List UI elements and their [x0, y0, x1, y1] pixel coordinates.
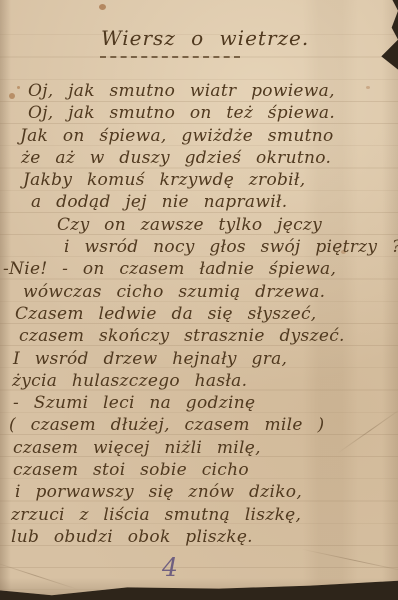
poem-line: czasem stoi sobie cicho: [13, 459, 394, 481]
poem-line: lub obudzi obok pliszkę.: [11, 526, 394, 548]
foxing-spot: [99, 4, 106, 10]
poem-line: a dodąd jej nie naprawił.: [31, 191, 394, 213]
poem-line: I wsród drzew hejnały gra,: [13, 348, 394, 370]
poem-line: Czy on zawsze tylko jęczy: [57, 214, 394, 236]
photographed-page: Wiersz o wietrze. Oj, jak smutno wiatr p…: [0, 0, 398, 600]
title-underline: [100, 56, 240, 58]
poem-line: życia hulaszczego hasła.: [12, 370, 394, 392]
poem-line: Oj, jak smutno wiatr powiewa,: [28, 80, 394, 102]
poem-line: Jakby komuś krzywdę zrobił,: [23, 169, 394, 191]
page-number: 4: [162, 553, 178, 582]
poem-line: Oj, jak smutno on też śpiewa.: [28, 102, 394, 124]
poem-title: Wiersz o wietrze.: [101, 26, 309, 50]
poem-line: czasem skończy strasznie dyszeć.: [19, 325, 394, 347]
poem-line: i wsród nocy głos swój piętrzy ?: [64, 236, 394, 258]
poem-line: wówczas cicho szumią drzewa.: [23, 281, 394, 303]
poem-line: Czasem ledwie da się słyszeć,: [15, 303, 394, 325]
poem-body: Oj, jak smutno wiatr powiewa, Oj, jak sm…: [0, 80, 394, 548]
crease: [301, 549, 398, 573]
poem-line: ( czasem dłużej, czasem mile ): [9, 414, 394, 436]
poem-line: -Nie! - on czasem ładnie śpiewa,: [3, 258, 394, 280]
paper-sheet: Wiersz o wietrze. Oj, jak smutno wiatr p…: [0, 0, 398, 600]
poem-line: że aż w duszy gdzieś okrutno.: [21, 147, 394, 169]
poem-line: czasem więcej niżli milę,: [13, 437, 394, 459]
poem-line: - Szumi leci na godzinę: [13, 392, 394, 414]
poem-line: Jak on śpiewa, gwiżdże smutno: [20, 125, 394, 147]
crease: [0, 561, 78, 590]
poem-line: i porwawszy się znów dziko,: [15, 481, 394, 503]
poem-line: zrzuci z liścia smutną liszkę,: [11, 504, 394, 526]
